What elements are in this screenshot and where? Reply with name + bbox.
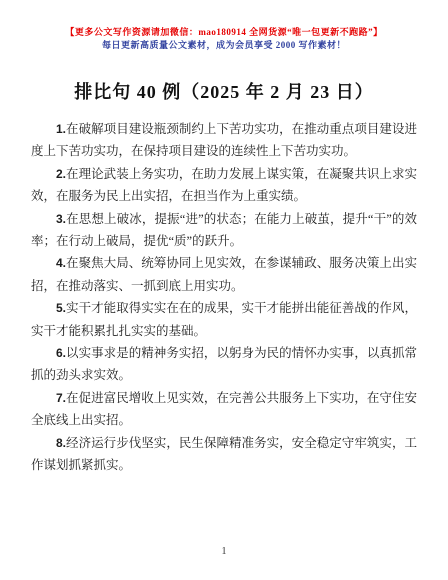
paragraph-text: 在思想上破冰，提振“进”的状态；在能力上破茧，提升“干”的效率；在行动上破局，提…: [31, 212, 417, 248]
paragraph-number: 8.: [56, 436, 66, 450]
paragraph-text: 实干才能取得实实在在的成果，实干才能拼出能征善战的作风，实干才能积累扎扎实实的基…: [31, 301, 417, 337]
paragraph-text: 经济运行步伐坚实，民生保障精准务实，安全稳定守牢筑实，工作谋划抓紧抓实。: [31, 436, 417, 472]
paragraph-number: 3.: [56, 212, 66, 226]
document-page: 【更多公文写作资源请加微信：mao180914 全网货源“唯一包更新不跑路”】 …: [0, 0, 448, 580]
paragraph: 1.在破解项目建设瓶颈制约上下苦功实功，在推动重点项目建设进度上下苦功实功，在保…: [31, 118, 417, 163]
paragraph-number: 5.: [56, 301, 66, 315]
document-body: 1.在破解项目建设瓶颈制约上下苦功实功，在推动重点项目建设进度上下苦功实功，在保…: [31, 118, 417, 477]
promo-line-blue: 每日更新高质量公文素材，成为会员享受 2000 写作素材！: [0, 39, 448, 51]
paragraph-number: 1.: [56, 122, 66, 136]
paragraph: 8.经济运行步伐坚实，民生保障精准务实，安全稳定守牢筑实，工作谋划抓紧抓实。: [31, 432, 417, 477]
paragraph-text: 以实事求是的精神务实招，以躬身为民的情怀办实事，以真抓常抓的劲头求实效。: [31, 346, 417, 382]
paragraph-number: 7.: [56, 391, 66, 405]
paragraph: 5.实干才能取得实实在在的成果，实干才能拼出能征善战的作风，实干才能积累扎扎实实…: [31, 297, 417, 342]
paragraph: 6.以实事求是的精神务实招，以躬身为民的情怀办实事，以真抓常抓的劲头求实效。: [31, 342, 417, 387]
paragraph-text: 在理论武装上务实功，在助力发展上谋实策，在凝聚共识上求实效，在服务为民上出实招，…: [31, 167, 417, 203]
paragraph-number: 6.: [56, 346, 66, 360]
page-title: 排比句 40 例（2025 年 2 月 23 日）: [0, 78, 448, 104]
paragraph: 4.在聚焦大局、统筹协同上见实效，在参谋辅政、服务决策上出实招，在推动落实、一抓…: [31, 252, 417, 297]
paragraph: 2.在理论武装上务实功，在助力发展上谋实策，在凝聚共识上求实效，在服务为民上出实…: [31, 163, 417, 208]
promo-header: 【更多公文写作资源请加微信：mao180914 全网货源“唯一包更新不跑路”】 …: [0, 0, 448, 51]
paragraph-number: 4.: [56, 256, 66, 270]
paragraph-number: 2.: [56, 167, 66, 181]
paragraph-text: 在促进富民增收上见实效，在完善公共服务上下实功，在守住安全底线上出实招。: [31, 391, 417, 427]
paragraph: 3.在思想上破冰，提振“进”的状态；在能力上破茧，提升“干”的效率；在行动上破局…: [31, 208, 417, 253]
paragraph-text: 在聚焦大局、统筹协同上见实效，在参谋辅政、服务决策上出实招，在推动落实、一抓到底…: [31, 256, 417, 292]
paragraph-text: 在破解项目建设瓶颈制约上下苦功实功，在推动重点项目建设进度上下苦功实功，在保持项…: [31, 122, 417, 158]
promo-line-red: 【更多公文写作资源请加微信：mao180914 全网货源“唯一包更新不跑路”】: [0, 25, 448, 39]
paragraph: 7.在促进富民增收上见实效，在完善公共服务上下实功，在守住安全底线上出实招。: [31, 387, 417, 432]
page-number: 1: [0, 546, 448, 557]
